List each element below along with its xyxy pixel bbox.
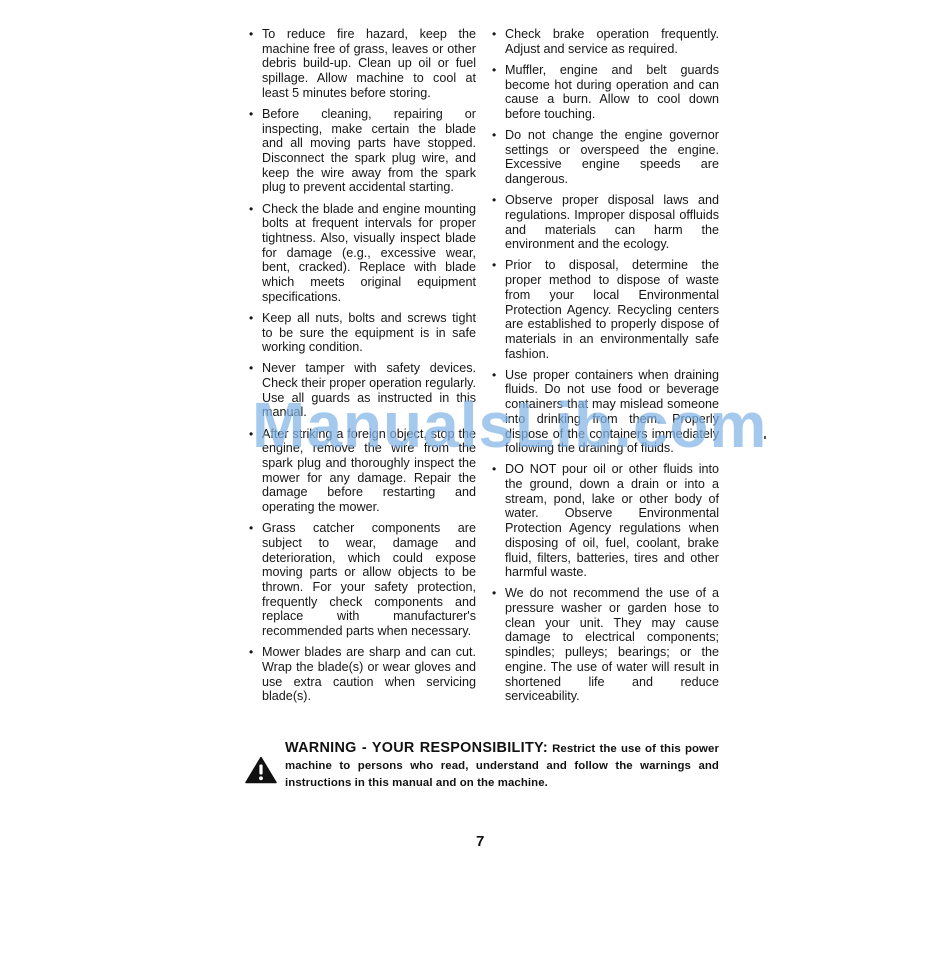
warning-title: WARNING - YOUR RESPONSIBILITY: xyxy=(285,740,548,756)
bullet-icon: • xyxy=(492,27,496,42)
left-column: •To reduce fire hazard, keep the machine… xyxy=(246,27,476,710)
safety-list-left: •To reduce fire hazard, keep the machine… xyxy=(246,27,476,704)
list-item: •DO NOT pour oil or other fluids into th… xyxy=(489,462,719,580)
bullet-icon: • xyxy=(492,63,496,78)
bullet-icon: • xyxy=(492,586,496,601)
list-item: •Muffler, engine and belt guards become … xyxy=(489,63,719,122)
bullet-icon: • xyxy=(249,427,253,442)
bullet-icon: • xyxy=(492,193,496,208)
page-number: 7 xyxy=(476,833,484,850)
bullet-icon: • xyxy=(492,462,496,477)
list-item: •We do not recommend the use of a pressu… xyxy=(489,586,719,704)
bullet-icon: • xyxy=(249,311,253,326)
bullet-icon: • xyxy=(249,27,253,42)
list-item: •Check brake operation frequently. Adjus… xyxy=(489,27,719,56)
bullet-icon: • xyxy=(249,202,253,217)
list-item: •Mower blades are sharp and can cut. Wra… xyxy=(246,645,476,704)
manual-page: •To reduce fire hazard, keep the machine… xyxy=(0,0,950,979)
bullet-icon: • xyxy=(249,107,253,122)
bullet-icon: • xyxy=(492,128,496,143)
warning-triangle-icon xyxy=(245,756,277,784)
list-item: •Never tamper with safety devices. Check… xyxy=(246,361,476,420)
bullet-icon: • xyxy=(249,521,253,536)
safety-list-right: •Check brake operation frequently. Adjus… xyxy=(489,27,719,704)
right-column: •Check brake operation frequently. Adjus… xyxy=(489,27,719,710)
list-item: •Use proper containers when draining flu… xyxy=(489,368,719,456)
scan-speck xyxy=(764,436,766,439)
list-item: •To reduce fire hazard, keep the machine… xyxy=(246,27,476,101)
bullet-icon: • xyxy=(492,368,496,383)
bullet-icon: • xyxy=(249,361,253,376)
list-item: •Before cleaning, repairing or inspectin… xyxy=(246,107,476,195)
warning-block: WARNING - YOUR RESPONSIBILITY: Restrict … xyxy=(245,740,720,800)
list-item: •Do not change the engine governor setti… xyxy=(489,128,719,187)
list-item: •Observe proper disposal laws and regula… xyxy=(489,193,719,252)
list-item: •Keep all nuts, bolts and screws tight t… xyxy=(246,311,476,355)
bullet-icon: • xyxy=(249,645,253,660)
list-item: •Grass catcher components are subject to… xyxy=(246,521,476,639)
list-item: •Check the blade and engine mounting bol… xyxy=(246,202,476,305)
list-item: •After striking a foreign object, stop t… xyxy=(246,427,476,515)
warning-text: WARNING - YOUR RESPONSIBILITY: Restrict … xyxy=(285,740,719,791)
list-item: •Prior to disposal, determine the proper… xyxy=(489,258,719,361)
bullet-icon: • xyxy=(492,258,496,273)
